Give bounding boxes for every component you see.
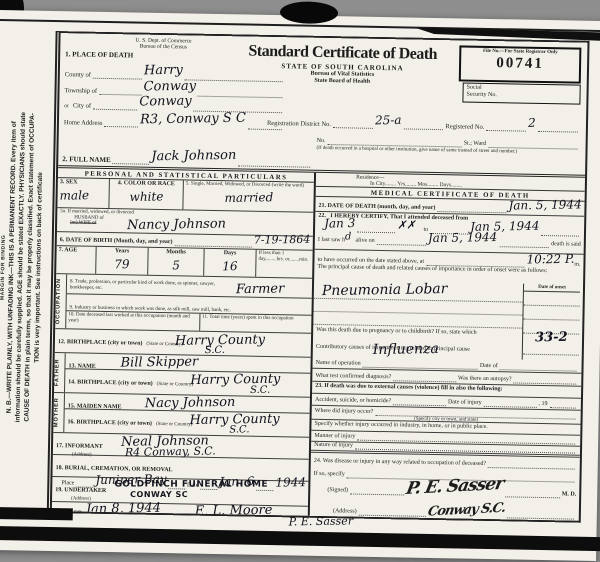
less-than-day-cell: If less than 1 day,........hrs. or......…	[256, 250, 313, 278]
where-injury-label: Where did injury occur?	[315, 408, 374, 416]
home-address-value: R3, Conway S C	[140, 111, 246, 128]
father-group: 13. NAME Bill Skipper 14. BIRTHPLACE (ci…	[54, 353, 311, 398]
last-worked-label: 10. Date deceased last worked at this oc…	[66, 311, 200, 330]
dob-value: 7-19-1864	[253, 233, 310, 247]
sex-race-marital-row: 3. SEX male 4. COLOR OR RACE white 5. Si…	[57, 178, 314, 213]
scribble-mark: ✗✗	[397, 218, 416, 231]
race-label: 4. COLOR OR RACE	[112, 180, 181, 188]
mother-birthplace-row: 16. BIRTHPLACE (city or town) (State or …	[64, 409, 309, 436]
father-name-value: Bill Skipper	[120, 354, 198, 370]
father-birthplace-state: S.C.	[250, 385, 270, 396]
age-days-label: Days	[207, 250, 254, 258]
age-years-label: Years	[99, 248, 146, 256]
signed-label: (Signed)	[313, 487, 348, 495]
binding-margin-note: MARGIN FOR BINDING N. B.—WRITE PLAINLY, …	[0, 26, 48, 509]
mother-birthplace-state: S.C.	[229, 424, 249, 435]
certificate-form: U. S. Dept. of Commerce Bureau of the Ce…	[47, 31, 590, 523]
ssn-box: Social Security No.	[462, 82, 580, 104]
total-time-label: 11. Total time (years) spent in this occ…	[200, 314, 312, 333]
birthplace-label: 12. BIRTHPLACE (city or town)	[58, 339, 143, 347]
city-value: Conway	[139, 94, 192, 110]
age-days-value: 16	[222, 259, 238, 273]
scan-artifact	[0, 526, 600, 552]
attended-from-value: Jan 3	[324, 216, 355, 231]
county-value: Harry	[144, 63, 183, 79]
age-years-value: 79	[114, 257, 130, 271]
personal-column: PERSONAL AND STATISTICAL PARTICULARS 3. …	[52, 168, 316, 516]
certificate-paper: MARGIN FOR BINDING N. B.—WRITE PLAINLY, …	[0, 10, 600, 561]
scan-artifact	[0, 507, 73, 521]
full-name-value: Jack Johnson	[151, 148, 236, 164]
certify-row: 22. I HEREBY CERTIFY, That I attended de…	[315, 212, 585, 255]
last-saw-letter: d	[345, 231, 352, 242]
mother-birthplace-label: 16. BIRTHPLACE (city or town)	[67, 419, 152, 427]
trade-value: Farmer	[236, 281, 285, 297]
cause-lines: Pneumonia Lobar	[313, 280, 523, 329]
ssn-label-1: Social	[467, 85, 482, 91]
autopsy-label: Was there an autopsy?	[458, 375, 512, 383]
age-years-cell: Years 79	[96, 247, 148, 275]
county-label: County of	[65, 71, 91, 79]
father-birthplace-row: 14. BIRTHPLACE (city or town) (State or …	[65, 369, 310, 396]
father-birthplace-label: 14. BIRTHPLACE (city or town)	[68, 379, 153, 387]
race-value: white	[129, 189, 163, 204]
scan-artifact	[280, 1, 338, 24]
injury-year-label: , 19	[538, 401, 547, 408]
birthplace-state: S.C.	[205, 345, 225, 356]
cause-zone: Date of onset Pneumonia Lobar Was this d…	[313, 280, 583, 361]
last-saw-label: I last saw h	[318, 237, 345, 244]
injury-date-label: Date of injury	[448, 399, 482, 407]
nature-injury-label: Nature of injury	[314, 442, 353, 450]
registered-no-label: Registered No.	[445, 123, 484, 131]
mother-state-country-note: (State or Country)	[156, 422, 192, 428]
filed-row: 20. FILED Jan 8, 1944 E. L. Moore Regist…	[52, 502, 308, 516]
m-label: m.	[574, 262, 580, 269]
filed-date-value: Jan 8, 1944	[86, 501, 161, 516]
manner-injury-label: Manner of injury	[314, 433, 355, 441]
dob-label: 6. DATE OF BIRTH (Month, day, and year)	[60, 237, 173, 246]
registered-no-value: 2	[528, 116, 536, 130]
operation-label: Name of operation	[316, 360, 361, 368]
occurred-row: to have occurred on the date stated abov…	[314, 250, 583, 285]
file-number-value: 00741	[461, 54, 579, 73]
city-label: City of	[73, 102, 91, 110]
agency-line: U. S. Dept. of Commerce Bureau of the Ce…	[88, 37, 238, 52]
registration-district-label: Registration District No.	[267, 119, 331, 128]
date-of-death-label: 21. DATE OF DEATH (month, day, and year)	[319, 203, 436, 212]
md-label: M. D.	[562, 491, 577, 498]
operation-date-label: Date of	[480, 363, 498, 370]
age-label: 7. AGE	[59, 247, 94, 255]
physician-signature: P. E. Sasser	[405, 474, 506, 499]
home-address-label: Home Address	[64, 119, 103, 127]
age-months-cell: Months 5	[148, 248, 204, 276]
or-label: or	[64, 103, 69, 109]
title-block: Standard Certificate of Death STATE OF S…	[230, 42, 456, 87]
age-months-value: 5	[172, 258, 180, 272]
last-saw-date-value: Jan 5, 1944	[428, 230, 498, 245]
medical-column: Residence— In City........ Yrs........ M…	[310, 173, 585, 521]
occupation-group: 8. Trade, profession, or particular kind…	[55, 274, 312, 334]
marital-cell: 5. Single, Married, Widowed, or Divorced…	[183, 180, 314, 211]
date-of-death-value: Jan. 5, 1944	[508, 197, 581, 212]
alive-on-label: alive on	[355, 238, 374, 245]
registration-district-value: 25-a	[375, 113, 402, 127]
contributory-value: Influenza	[373, 341, 439, 358]
township-value: Conway	[143, 79, 196, 95]
spouse-value: Nancy Johnson	[127, 216, 226, 233]
accident-label: Accident, suicide, or homicide?	[315, 397, 391, 405]
informant-label: 17. INFORMANT	[56, 443, 103, 450]
form-header: U. S. Dept. of Commerce Bureau of the Ce…	[58, 33, 587, 178]
registrar-signature: E. L. Moore	[194, 503, 272, 516]
mother-group: 15. MAIDEN NAME Nacy Johnson 16. BIRTHPL…	[53, 393, 310, 438]
undertaker-label: 19. UNDERTAKER	[55, 487, 106, 494]
hospital-no-label: No.	[317, 138, 326, 145]
race-cell: 4. COLOR OR RACE white	[109, 179, 184, 209]
physician-address-value: Conway S.C.	[426, 501, 506, 520]
undertaker-value: GOLDFINCH FUNERAL HOME	[114, 480, 268, 490]
full-name-row: 2. FULL NAME Jack Johnson	[62, 145, 312, 168]
age-days-cell: Days 16	[204, 249, 256, 277]
test-label: What test confirmed diagnosis?	[315, 373, 391, 381]
if-so-specify-label: If so, specify	[314, 471, 345, 479]
st-ward-label: St.; Ward	[464, 141, 487, 148]
full-name-label: 2. FULL NAME	[62, 155, 111, 164]
bureau-of-census: Bureau of the Census	[140, 44, 187, 51]
mother-name-value: Nacy Johnson	[145, 395, 236, 411]
form-body: PERSONAL AND STATISTICAL PARTICULARS 3. …	[52, 168, 585, 521]
mother-side-label: MOTHER	[53, 393, 65, 432]
ssn-label-2: Security No.	[466, 92, 496, 99]
occupation-side-label: OCCUPATION	[55, 274, 67, 328]
penciled-name-annotation: P. E. Sasser	[289, 514, 354, 528]
sex-cell: 3. SEX male	[57, 178, 110, 208]
sex-value: male	[60, 188, 90, 202]
father-state-country-note: (State or Country)	[157, 382, 193, 388]
place-of-death-label: 1. PLACE OF DEATH	[65, 50, 133, 59]
marital-value: married	[224, 190, 273, 205]
father-side-label: FATHER	[54, 353, 66, 392]
undertaker-address-value: CONWAY SC	[130, 490, 188, 499]
sex-label: 3. SEX	[60, 179, 107, 187]
file-number-box: File No.—For State Registrar Only 00741	[459, 45, 582, 83]
registration-row: Registration District No. 25-a Registere…	[267, 113, 580, 133]
scanned-death-certificate: MARGIN FOR BINDING N. B.—WRITE PLAINLY, …	[0, 0, 600, 562]
time-of-death-value: 10:22 P.	[526, 252, 574, 267]
death-said-label: death is said	[551, 241, 581, 249]
age-cell: 7. AGE	[56, 246, 96, 274]
principal-cause-value: Pneumonia Lobar	[322, 281, 448, 299]
trade-label: 8. Trade, profession, or particular kind…	[70, 280, 218, 294]
age-months-label: Months	[151, 249, 202, 257]
